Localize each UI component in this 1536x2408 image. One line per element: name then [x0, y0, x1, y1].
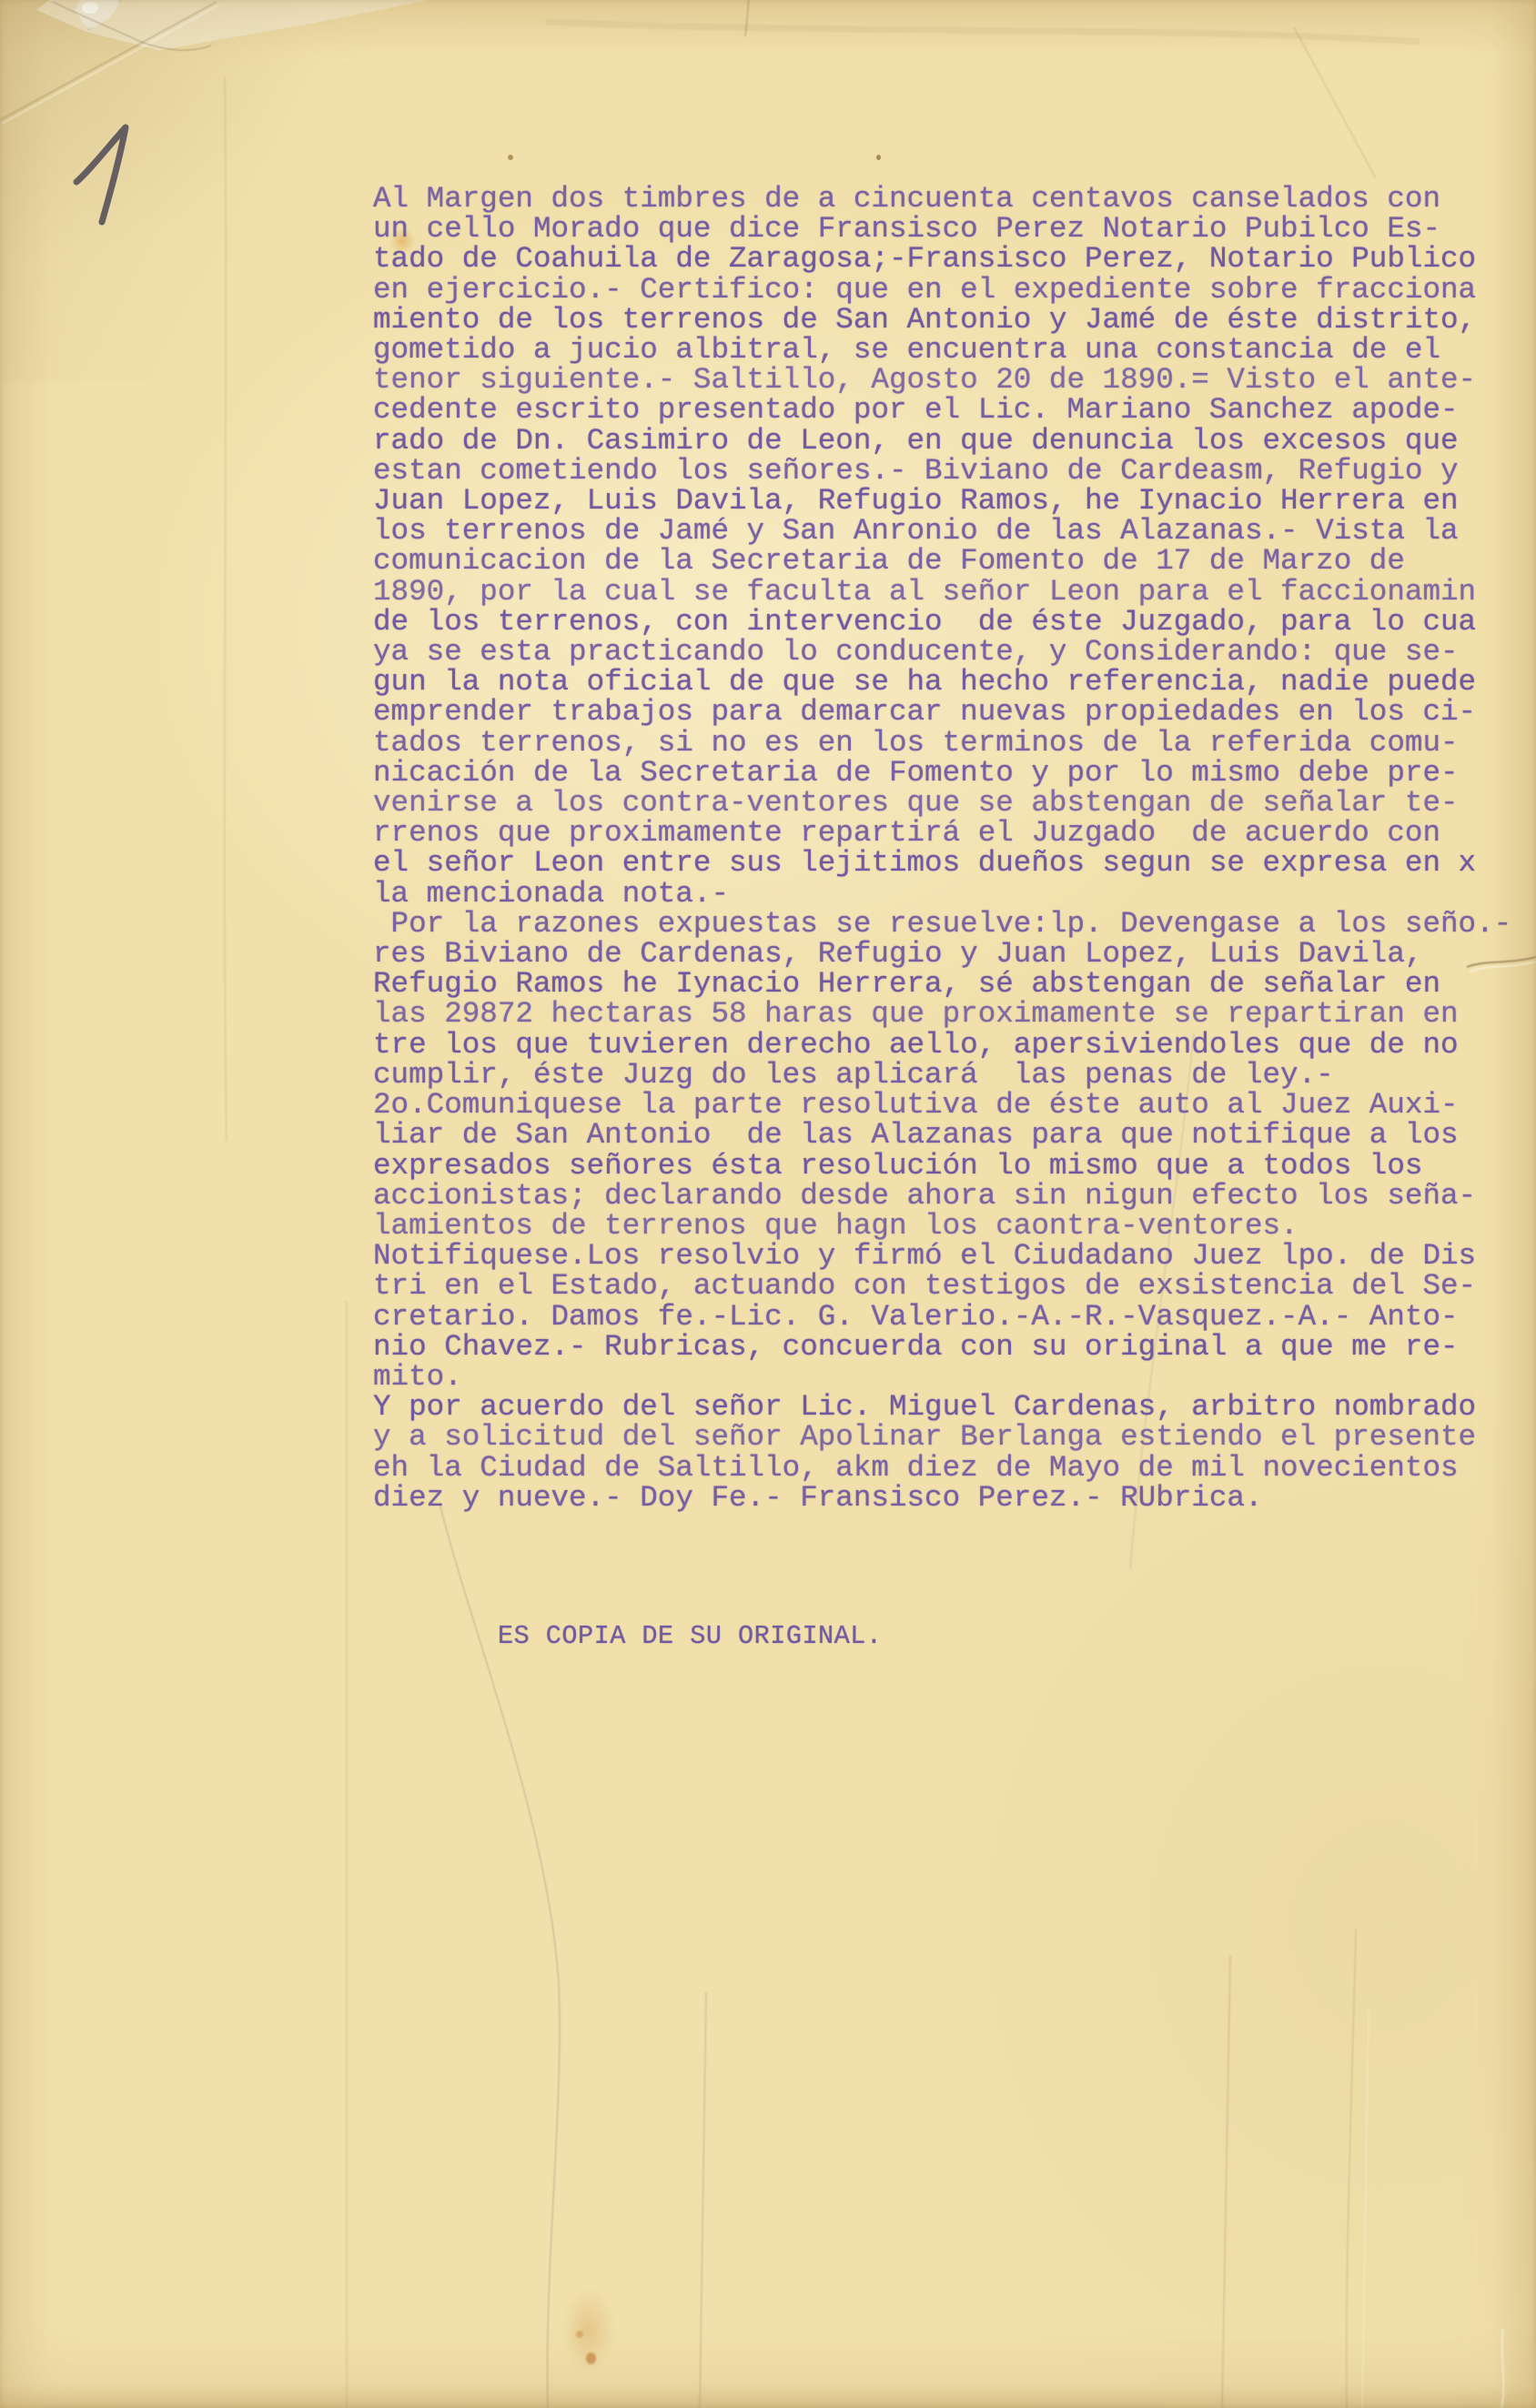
typed-line: y a solicitud del señor Apolinar Berlang…	[373, 1422, 1511, 1452]
typed-line: las 29872 hectaras 58 haras que proximam…	[373, 999, 1511, 1029]
typed-line: accionistas; declarando desde ahora sin …	[373, 1181, 1511, 1211]
typed-line: mito.	[373, 1362, 1511, 1392]
typed-line: ya se esta practicando lo conducente, y …	[373, 637, 1511, 667]
typed-line: tre los que tuvieren derecho aello, aper…	[373, 1030, 1511, 1060]
typed-line: 2o.Comuniquese la parte resolutiva de és…	[373, 1090, 1511, 1120]
typed-line: cretario. Damos fe.-Lic. G. Valerio.-A.-…	[373, 1302, 1511, 1332]
typed-line: eh la Ciudad de Saltillo, akm diez de Ma…	[373, 1453, 1511, 1483]
typed-line: 1890, por la cual se faculta al señor Le…	[373, 577, 1511, 607]
typed-line: nicación de la Secretaria de Fomento y p…	[373, 758, 1511, 788]
typed-line: la mencionada nota.-	[373, 879, 1511, 909]
typed-line: diez y nueve.- Doy Fe.- Fransisco Perez.…	[373, 1483, 1511, 1513]
typed-text-block: Al Margen dos timbres de a cincuenta cen…	[373, 184, 1511, 1513]
paper-sheet: Al Margen dos timbres de a cincuenta cen…	[0, 0, 1536, 2408]
typed-line: lamientos de terrenos que hagn los caont…	[373, 1211, 1511, 1241]
typed-line: un cello Morado que dice Fransisco Perez…	[373, 214, 1511, 244]
typed-line: Y por acuerdo del señor Lic. Miguel Card…	[373, 1392, 1511, 1422]
typed-line: tado de Coahuila de Zaragosa;-Fransisco …	[373, 244, 1511, 274]
typed-line: venirse a los contra-ventores que se abs…	[373, 788, 1511, 818]
closing-line: ES COPIA DE SU ORIGINAL.	[498, 1621, 882, 1652]
typed-line: rrenos que proximamente repartirá el Juz…	[373, 818, 1511, 848]
typed-line: Juan Lopez, Luis Davila, Refugio Ramos, …	[373, 486, 1511, 516]
typed-line: expresados señores ésta resolución lo mi…	[373, 1151, 1511, 1181]
typed-line: tenor siguiente.- Saltillo, Agosto 20 de…	[373, 365, 1511, 395]
typed-line: tados terrenos, si no es en los terminos…	[373, 728, 1511, 758]
typed-line: nio Chavez.- Rubricas, concuerda con su …	[373, 1332, 1511, 1362]
typed-line: tri en el Estado, actuando con testigos …	[373, 1271, 1511, 1301]
typed-line: de los terrenos, con intervencio de éste…	[373, 607, 1511, 637]
typed-line: los terrenos de Jamé y San Anronio de la…	[373, 516, 1511, 546]
typed-line: Notifiquese.Los resolvio y firmó el Ciud…	[373, 1241, 1511, 1271]
handwritten-page-number	[64, 118, 147, 229]
typed-line: Al Margen dos timbres de a cincuenta cen…	[373, 184, 1511, 214]
typed-line: el señor Leon entre sus lejitimos dueños…	[373, 848, 1511, 878]
typed-line: Por la razones expuestas se resuelve:lp.…	[373, 909, 1511, 939]
typed-line: res Biviano de Cardenas, Refugio y Juan …	[373, 939, 1511, 969]
typed-line: comunicacion de la Secretaria de Fomento…	[373, 546, 1511, 576]
typed-line: miento de los terrenos de San Antonio y …	[373, 305, 1511, 335]
typed-line: emprender trabajos para demarcar nuevas …	[373, 697, 1511, 727]
typed-line: liar de San Antonio de las Alazanas para…	[373, 1120, 1511, 1150]
typed-line: cumplir, éste Juzg do les aplicará las p…	[373, 1060, 1511, 1090]
typed-line: gometido a jucio albitral, se encuentra …	[373, 335, 1511, 365]
typed-line: en ejercicio.- Certifico: que en el expe…	[373, 275, 1511, 305]
typed-line: rado de Dn. Casimiro de Leon, en que den…	[373, 426, 1511, 456]
typed-line: cedente escrito presentado por el Lic. M…	[373, 395, 1511, 425]
typed-line: Refugio Ramos he Iynacio Herrera, sé abs…	[373, 969, 1511, 999]
typed-line: gun la nota oficial de que se ha hecho r…	[373, 667, 1511, 697]
typed-line: estan cometiendo los señores.- Biviano d…	[373, 456, 1511, 486]
